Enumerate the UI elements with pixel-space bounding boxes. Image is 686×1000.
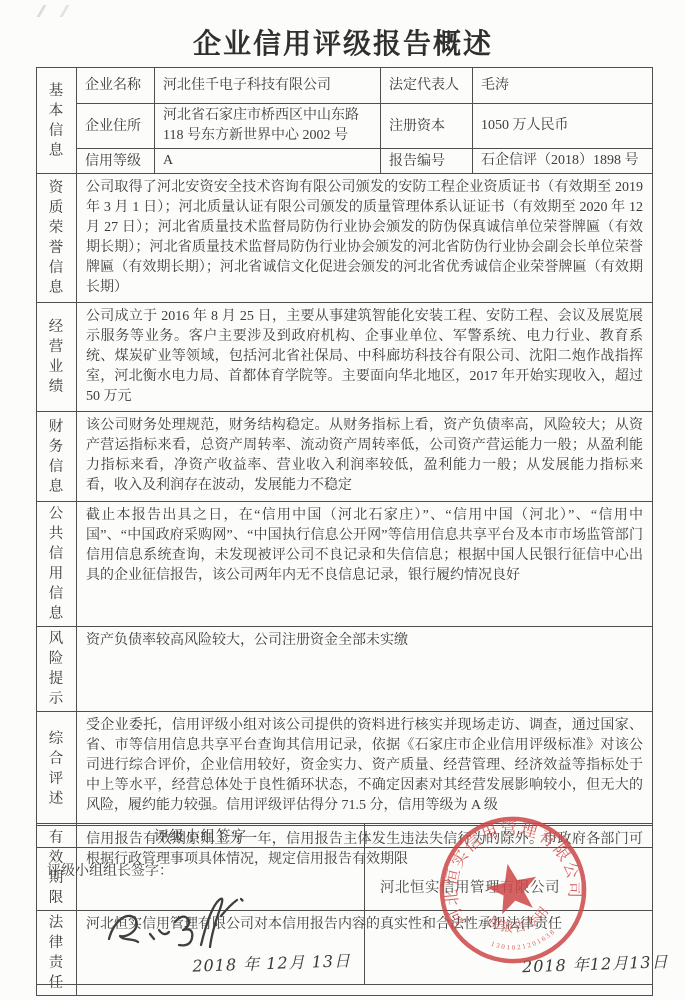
section-label-business-performance: 经营业绩 (37, 303, 77, 412)
section-text: 受企业委托，信用评级小组对该公司提供的资料进行核实并现场走访、调查，通过国家、省… (77, 712, 652, 820)
table-row: 基本信息 企业名称 河北佳千电子科技有限公司 法定代表人 毛涛 (37, 68, 653, 104)
field-value-company-address: 河北省石家庄市桥西区中山东路 118 号东方新世界中心 2002 号 (155, 104, 381, 149)
field-label-legal-representative: 法定代表人 (381, 68, 473, 104)
page-title: 企业信用评级报告概述 (0, 22, 686, 62)
scanned-credit-report-page: 企业信用评级报告概述 基本信息 企业名称 河北佳千电子科技有限公司 法定代表人 … (0, 0, 686, 1000)
signature-stroke (175, 917, 192, 946)
company-seal-stamp: 河北恒实信用管理有限公司 信用报告专用章 1301021201638 (434, 811, 592, 969)
section-text: 该公司财务处理规范，财务结构稳定。从财务指标上看，资产负债率高，风险较大；从资产… (77, 412, 652, 500)
field-label-registered-capital: 注册资本 (381, 104, 473, 149)
section-label-financial-info: 财务信息 (37, 412, 77, 502)
table-row: 综合评述 受企业委托，信用评级小组对该公司提供的资料进行核实并现场走访、调查，通… (37, 712, 653, 826)
section-content-financial-info: 该公司财务处理规范，财务结构稳定。从财务指标上看，资产负债率高，风险较大；从资产… (77, 412, 653, 502)
table-row: 企业住所 河北省石家庄市桥西区中山东路 118 号东方新世界中心 2002 号 … (37, 104, 653, 149)
table-row: 公共信用信息 截止本报告出具之日，在“信用中国（河北石家庄）”、“信用中国（河北… (37, 502, 653, 627)
section-label-qualification-honor: 资质荣誉信息 (37, 174, 77, 303)
field-label-company-address: 企业住所 (77, 104, 155, 149)
section-text: 截止本报告出具之日，在“信用中国（河北石家庄）”、“信用中国（河北）”、“信用中… (77, 502, 652, 590)
field-label-credit-grade: 信用等级 (77, 149, 155, 174)
field-value-company-name: 河北佳千电子科技有限公司 (155, 68, 381, 104)
section-content-comprehensive-review: 受企业委托，信用评级小组对该公司提供的资料进行核实并现场走访、调查，通过国家、省… (77, 712, 653, 826)
signature-stroke (150, 934, 154, 939)
section-content-business-performance: 公司成立于 2016 年 8 月 25 日，主要从事建筑智能化安装工程、安防工程… (77, 303, 653, 412)
table-row: 信用等级 A 报告编号 石企信评（2018）1898 号 (37, 149, 653, 174)
signature-stroke (241, 899, 243, 901)
signature-stroke (221, 900, 237, 916)
section-label-basic-info: 基本信息 (37, 68, 77, 174)
section-text: 资产负债率较高风险较大，公司注册资金全部未实缴 (77, 627, 652, 655)
star-icon (483, 859, 543, 917)
section-label-public-credit-info: 公共信用信息 (37, 502, 77, 627)
signature-stroke (201, 899, 222, 947)
signature-stroke (159, 930, 169, 934)
section-content-qualification-honor: 公司取得了河北安资安全技术咨询有限公司颁发的安防工程企业资质证书（有效期至 20… (77, 174, 653, 303)
field-label-company-name: 企业名称 (77, 68, 155, 104)
section-text: 公司取得了河北安资安全技术咨询有限公司颁发的安防工程企业资质证书（有效期至 20… (77, 174, 652, 302)
table-row: 资质荣誉信息 公司取得了河北安资安全技术咨询有限公司颁发的安防工程企业资质证书（… (37, 174, 653, 303)
table-row: 风险提示 资产负债率较高风险较大，公司注册资金全部未实缴 (37, 627, 653, 712)
table-row: 财务信息 该公司财务处理规范，财务结构稳定。从财务指标上看，资产负债率高，风险较… (37, 412, 653, 502)
rating-group-signature-label: 评级小组签字 (37, 824, 365, 848)
field-value-legal-representative: 毛涛 (473, 68, 653, 104)
field-value-registered-capital: 1050 万人民币 (473, 104, 653, 149)
section-content-risk-warning: 资产负债率较高风险较大，公司注册资金全部未实缴 (77, 627, 653, 712)
field-label-report-number: 报告编号 (381, 149, 473, 174)
field-value-credit-grade: A (155, 149, 381, 174)
section-content-public-credit-info: 截止本报告出具之日，在“信用中国（河北石家庄）”、“信用中国（河北）”、“信用中… (77, 502, 653, 627)
section-label-risk-warning: 风险提示 (37, 627, 77, 712)
section-label-comprehensive-review: 综合评述 (37, 712, 77, 826)
field-value-report-number: 石企信评（2018）1898 号 (473, 149, 653, 174)
table-row: 经营业绩 公司成立于 2016 年 8 月 25 日，主要从事建筑智能化安装工程… (37, 303, 653, 412)
scan-artifact-mark (37, 5, 70, 17)
signature-stroke (109, 916, 138, 942)
section-text: 公司成立于 2016 年 8 月 25 日，主要从事建筑智能化安装工程、安防工程… (77, 303, 652, 411)
